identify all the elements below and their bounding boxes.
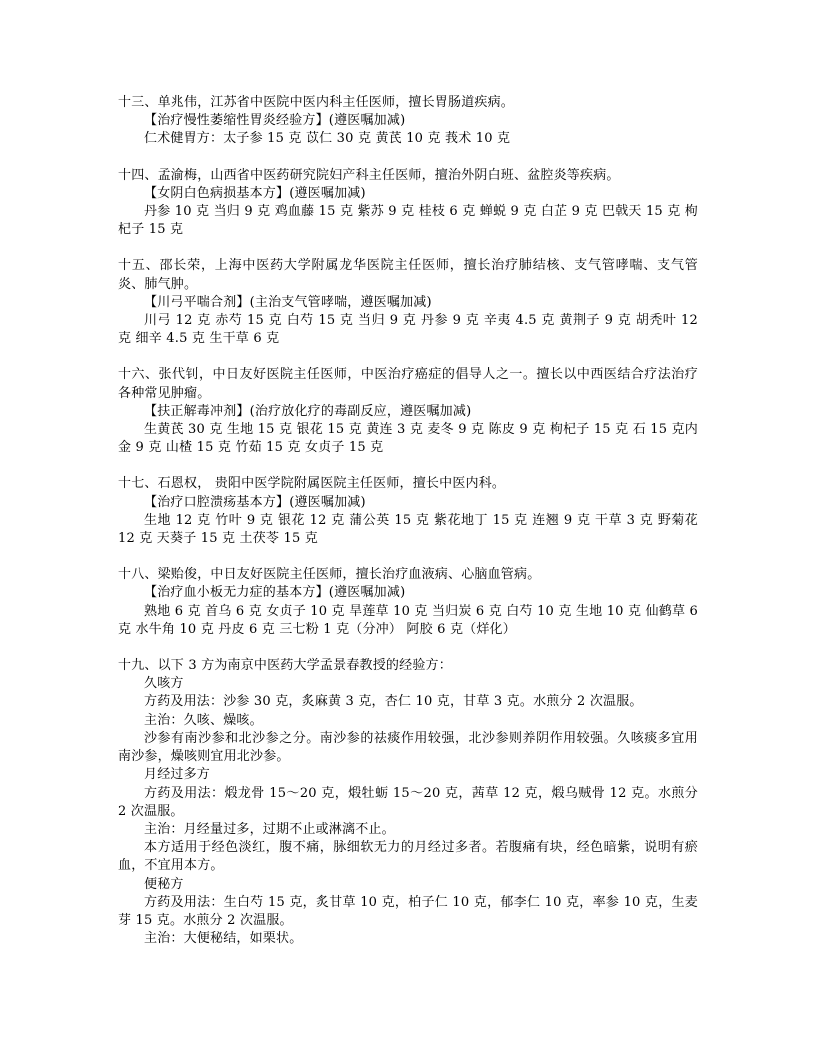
formula-indication: 主治：月经量过多，过期不止或淋漓不止。 — [118, 821, 698, 839]
section-19: 十九、以下 3 方为南京中医药大学孟景春教授的经验方： 久咳方 方药及用法：沙参… — [118, 657, 698, 948]
document-page: 十三、单兆伟，江苏省中医院中医内科主任医师，擅长胃肠道疾病。 【治疗慢性萎缩性胃… — [118, 94, 698, 966]
formula-indication: 主治：久咳、燥咳。 — [118, 712, 698, 730]
formula-note: 本方适用于经色淡红，腹不痛，脉细软无力的月经过多者。若腹痛有块，经色暗紫，说明有… — [118, 839, 698, 875]
formula-usage: 方药及用法：沙参 30 克，炙麻黄 3 克，杏仁 10 克，甘草 3 克。水煎分… — [118, 693, 698, 711]
section-heading: 十七、石恩权， 贵阳中医学院附属医院主任医师，擅长中医内科。 — [118, 475, 698, 493]
section-14: 十四、孟渝梅，山西省中医药研究院妇产科主任医师，擅治外阴白班、盆腔炎等疾病。 【… — [118, 167, 698, 240]
section-heading: 十四、孟渝梅，山西省中医药研究院妇产科主任医师，擅治外阴白班、盆腔炎等疾病。 — [118, 167, 698, 185]
formula-title: 【女阴白色病损基本方】(遵医嘱加减) — [118, 185, 698, 203]
formula-name: 月经过多方 — [118, 766, 698, 784]
section-heading: 十三、单兆伟，江苏省中医院中医内科主任医师，擅长胃肠道疾病。 — [118, 94, 698, 112]
formula-name: 便秘方 — [118, 876, 698, 894]
formula-usage: 方药及用法：生白芍 15 克，炙甘草 10 克，柏子仁 10 克，郁李仁 10 … — [118, 894, 698, 930]
formula-title: 【治疗血小板无力症的基本方】(遵医嘱加减) — [118, 584, 698, 602]
formula-name: 久咳方 — [118, 675, 698, 693]
formula-ingredients: 生黄芪 30 克 生地 15 克 银花 15 克 黄连 3 克 麦冬 9 克 陈… — [118, 421, 698, 457]
formula-note: 沙参有南沙参和北沙参之分。南沙参的祛痰作用较强，北沙参则养阴作用较强。久咳痰多宜… — [118, 730, 698, 766]
section-heading: 十六、张代钊，中日友好医院主任医师，中医治疗癌症的倡导人之一。擅长以中西医结合疗… — [118, 366, 698, 402]
section-heading: 十九、以下 3 方为南京中医药大学孟景春教授的经验方： — [118, 657, 698, 675]
section-16: 十六、张代钊，中日友好医院主任医师，中医治疗癌症的倡导人之一。擅长以中西医结合疗… — [118, 366, 698, 457]
formula-ingredients: 丹参 10 克 当归 9 克 鸡血藤 15 克 紫苏 9 克 桂枝 6 克 蝉蜕… — [118, 203, 698, 239]
section-18: 十八、梁贻俊，中日友好医院主任医师，擅长治疗血液病、心脑血管病。 【治疗血小板无… — [118, 566, 698, 639]
formula-title: 【扶正解毒冲剂】(治疗放化疗的毒副反应，遵医嘱加减) — [118, 403, 698, 421]
section-13: 十三、单兆伟，江苏省中医院中医内科主任医师，擅长胃肠道疾病。 【治疗慢性萎缩性胃… — [118, 94, 698, 149]
formula-title: 【川弓平喘合剂】(主治支气管哮喘，遵医嘱加减) — [118, 294, 698, 312]
section-heading: 十八、梁贻俊，中日友好医院主任医师，擅长治疗血液病、心脑血管病。 — [118, 566, 698, 584]
section-15: 十五、邵长荣，上海中医药大学附属龙华医院主任医师，擅长治疗肺结核、支气管哮喘、支… — [118, 257, 698, 348]
formula-ingredients: 生地 12 克 竹叶 9 克 银花 12 克 蒲公英 15 克 紫花地丁 15 … — [118, 512, 698, 548]
formula-ingredients: 川弓 12 克 赤芍 15 克 白芍 15 克 当归 9 克 丹参 9 克 辛夷… — [118, 312, 698, 348]
formula-usage: 方药及用法：煅龙骨 15～20 克，煅牡蛎 15～20 克，茜草 12 克，煅乌… — [118, 785, 698, 821]
section-17: 十七、石恩权， 贵阳中医学院附属医院主任医师，擅长中医内科。 【治疗口腔溃疡基本… — [118, 475, 698, 548]
formula-title: 【治疗慢性萎缩性胃炎经验方】(遵医嘱加减) — [118, 112, 698, 130]
formula-indication: 主治：大便秘结，如栗状。 — [118, 930, 698, 948]
formula-ingredients: 仁术健胃方：太子参 15 克 苡仁 30 克 黄芪 10 克 莪术 10 克 — [118, 130, 698, 148]
section-heading: 十五、邵长荣，上海中医药大学附属龙华医院主任医师，擅长治疗肺结核、支气管哮喘、支… — [118, 257, 698, 293]
formula-title: 【治疗口腔溃疡基本方】(遵医嘱加减) — [118, 494, 698, 512]
formula-ingredients: 熟地 6 克 首乌 6 克 女贞子 10 克 旱莲草 10 克 当归炭 6 克 … — [118, 603, 698, 639]
